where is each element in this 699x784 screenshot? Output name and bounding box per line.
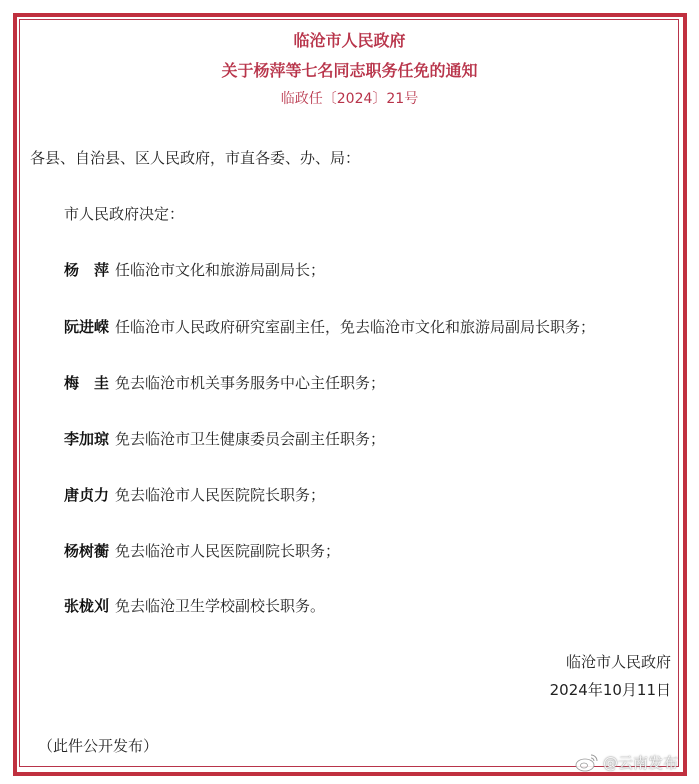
appointment-desc: 免去临沧卫生学校副校长职务。 [115, 597, 325, 615]
person-name: 杨 萍 [64, 259, 109, 281]
appointment-item: 唐贞力免去临沧市人民医院院长职务； [64, 484, 325, 506]
notice-title: 关于杨萍等七名同志职务任免的通知 [20, 60, 679, 82]
appointment-desc: 免去临沧市人民医院院长职务； [115, 486, 325, 504]
watermark-text: @云南发布 [603, 752, 678, 773]
signature-date: 2024年10月11日 [550, 679, 671, 701]
publication-note: （此件公开发布） [38, 735, 158, 757]
person-name: 杨树蘅 [64, 540, 109, 562]
appointment-item: 张栊刈免去临沧卫生学校副校长职务。 [64, 595, 325, 617]
signature-issuer: 临沧市人民政府 [566, 651, 671, 673]
appointment-item: 杨树蘅免去临沧市人民医院副院长职务； [64, 540, 340, 562]
person-name: 梅 圭 [64, 372, 109, 394]
issuer-title: 临沧市人民政府 [20, 30, 679, 52]
person-name: 李加琼 [64, 428, 109, 450]
decision-intro: 市人民政府决定： [64, 203, 184, 225]
weibo-icon [575, 752, 599, 772]
person-name: 唐贞力 [64, 484, 109, 506]
appointment-desc: 任临沧市人民政府研究室副主任，免去临沧市文化和旅游局副局长职务； [115, 318, 595, 336]
appointment-item: 阮进嵘任临沧市人民政府研究室副主任，免去临沧市文化和旅游局副局长职务； [64, 316, 595, 338]
appointment-desc: 免去临沧市卫生健康委员会副主任职务； [115, 430, 385, 448]
addressee: 各县、自治县、区人民政府，市直各委、办、局： [30, 147, 360, 169]
appointment-desc: 免去临沧市人民医院副院长职务； [115, 542, 340, 560]
appointment-item: 梅 圭免去临沧市机关事务服务中心主任职务； [64, 372, 385, 394]
person-name: 阮进嵘 [64, 316, 109, 338]
appointment-item: 李加琼免去临沧市卫生健康委员会副主任职务； [64, 428, 385, 450]
appointment-desc: 免去临沧市机关事务服务中心主任职务； [115, 374, 385, 392]
document-number: 临政任〔2024〕21号 [20, 89, 679, 109]
appointment-item: 杨 萍任临沧市文化和旅游局副局长； [64, 259, 325, 281]
document-header: 临沧市人民政府 关于杨萍等七名同志职务任免的通知 临政任〔2024〕21号 [20, 30, 679, 109]
person-name: 张栊刈 [64, 595, 109, 617]
appointment-desc: 任临沧市文化和旅游局副局长； [115, 261, 325, 279]
